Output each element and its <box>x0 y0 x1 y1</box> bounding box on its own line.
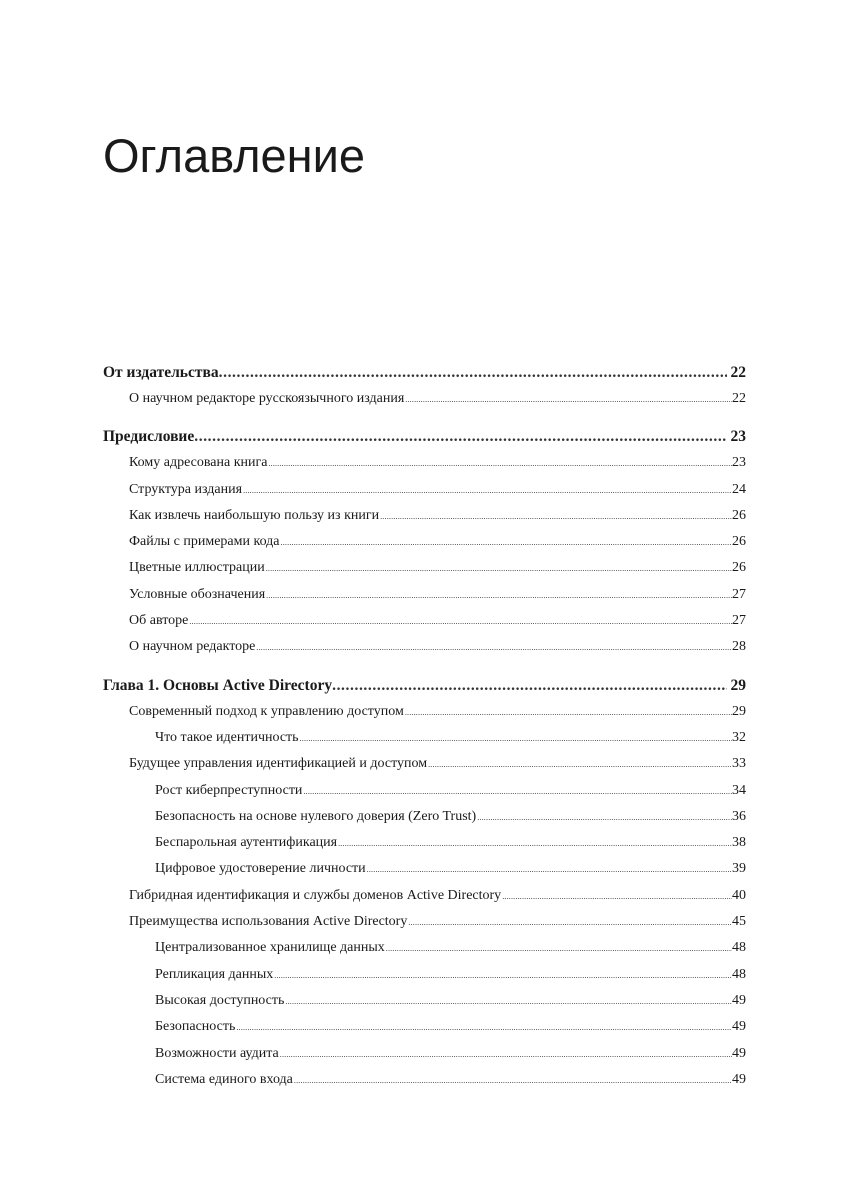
dot-leader <box>367 857 732 882</box>
toc-section-entry[interactable]: Будущее управления идентификацией и дост… <box>103 751 746 777</box>
toc-entry-page: 27 <box>732 582 746 608</box>
toc-entry-page: 48 <box>732 935 746 961</box>
dot-leader <box>303 779 732 804</box>
toc-subsection-entry[interactable]: Что такое идентичность 32 <box>103 725 746 751</box>
toc-entry-page: 24 <box>732 477 746 503</box>
toc-subsection-entry[interactable]: Рост киберпреступности 34 <box>103 778 746 804</box>
toc-subsection-entry[interactable]: Возможности аудита 49 <box>103 1041 746 1067</box>
toc-entry-title: Кому адресована книга <box>129 450 268 476</box>
toc-subsection-entry[interactable]: Централизованное хранилище данных 48 <box>103 935 746 961</box>
toc-entry-page: 26 <box>732 503 746 529</box>
toc-subsection-entry[interactable]: Репликация данных 48 <box>103 962 746 988</box>
toc-section-entry[interactable]: Об авторе 27 <box>103 608 746 634</box>
toc-entry-page: 49 <box>732 1041 746 1067</box>
dot-leader <box>256 635 732 660</box>
toc-entry-page: 29 <box>727 673 747 699</box>
toc-entry-title: Преимущества использования Active Direct… <box>129 909 408 935</box>
toc-section-entry[interactable]: Гибридная идентификация и службы доменов… <box>103 883 746 909</box>
toc-entry-page: 28 <box>732 634 746 660</box>
toc-entry-title: О научном редакторе русскоязычного издан… <box>129 386 405 412</box>
toc-entry-title: Что такое идентичность <box>155 725 300 751</box>
dot-leader <box>219 360 727 386</box>
toc-entry-page: 23 <box>727 424 747 450</box>
dot-leader <box>266 583 732 608</box>
toc-entry-title: Структура издания <box>129 477 243 503</box>
toc-section-entry[interactable]: Файлы с примерами кода 26 <box>103 529 746 555</box>
dot-leader <box>408 910 732 935</box>
table-of-contents: От издательства 22 О научном редакторе р… <box>103 360 746 1093</box>
toc-entry-title: Об авторе <box>129 608 189 634</box>
dot-leader <box>428 752 732 777</box>
toc-section-entry[interactable]: Структура издания 24 <box>103 477 746 503</box>
dot-leader <box>266 556 732 581</box>
toc-entry-page: 32 <box>732 725 746 751</box>
toc-chapter-entry[interactable]: Предисловие 23 <box>103 424 746 450</box>
dot-leader <box>280 1042 732 1067</box>
toc-entry-title: Цифровое удостоверение личности <box>155 856 367 882</box>
toc-entry-page: 38 <box>732 830 746 856</box>
toc-section-entry[interactable]: О научном редакторе 28 <box>103 634 746 660</box>
toc-subsection-entry[interactable]: Безопасность на основе нулевого доверия … <box>103 804 746 830</box>
toc-entry-page: 49 <box>732 1067 746 1093</box>
toc-entry-title: Безопасность на основе нулевого доверия … <box>155 804 477 830</box>
toc-entry-title: От издательства <box>103 360 219 386</box>
toc-entry-title: Цветные иллюстрации <box>129 555 266 581</box>
toc-entry-page: 39 <box>732 856 746 882</box>
toc-chapter-entry[interactable]: Глава 1. Основы Active Directory 29 <box>103 673 746 699</box>
dot-leader <box>294 1068 732 1093</box>
toc-entry-page: 49 <box>732 988 746 1014</box>
toc-section-entry[interactable]: Современный подход к управлению доступом… <box>103 699 746 725</box>
dot-leader <box>285 989 732 1014</box>
dot-leader <box>300 726 732 751</box>
toc-entry-title: Современный подход к управлению доступом <box>129 699 405 725</box>
page-title: Оглавление <box>103 126 365 186</box>
toc-entry-title: Высокая доступность <box>155 988 285 1014</box>
toc-entry-title: Файлы с примерами кода <box>129 529 281 555</box>
toc-entry-page: 33 <box>732 751 746 777</box>
dot-leader <box>502 884 732 909</box>
toc-subsection-entry[interactable]: Высокая доступность 49 <box>103 988 746 1014</box>
toc-entry-page: 26 <box>732 555 746 581</box>
toc-subsection-entry[interactable]: Цифровое удостоверение личности 39 <box>103 856 746 882</box>
dot-leader <box>477 805 732 830</box>
toc-subsection-entry[interactable]: Система единого входа 49 <box>103 1067 746 1093</box>
toc-entry-page: 26 <box>732 529 746 555</box>
toc-entry-title: Возможности аудита <box>155 1041 280 1067</box>
section-spacer <box>103 661 746 673</box>
dot-leader <box>332 673 726 699</box>
dot-leader <box>268 451 732 476</box>
toc-entry-title: Условные обозначения <box>129 582 266 608</box>
dot-leader <box>194 424 726 450</box>
toc-entry-page: 27 <box>732 608 746 634</box>
toc-entry-title: Предисловие <box>103 424 194 450</box>
toc-entry-page: 36 <box>732 804 746 830</box>
toc-entry-title: Репликация данных <box>155 962 274 988</box>
toc-entry-title: Беспарольная аутентификация <box>155 830 338 856</box>
toc-entry-title: Будущее управления идентификацией и дост… <box>129 751 428 777</box>
toc-entry-page: 34 <box>732 778 746 804</box>
dot-leader <box>380 504 732 529</box>
toc-subsection-entry[interactable]: Беспарольная аутентификация 38 <box>103 830 746 856</box>
toc-entry-title: Как извлечь наибольшую пользу из книги <box>129 503 380 529</box>
toc-entry-title: Система единого входа <box>155 1067 294 1093</box>
dot-leader <box>243 478 732 503</box>
dot-leader <box>281 530 732 555</box>
dot-leader <box>274 963 732 988</box>
dot-leader <box>405 700 732 725</box>
toc-entry-title: Централизованное хранилище данных <box>155 935 386 961</box>
dot-leader <box>189 609 732 634</box>
toc-section-entry[interactable]: Преимущества использования Active Direct… <box>103 909 746 935</box>
toc-section-entry[interactable]: Цветные иллюстрации 26 <box>103 555 746 581</box>
toc-entry-title: О научном редакторе <box>129 634 256 660</box>
toc-entry-title: Гибридная идентификация и службы доменов… <box>129 883 502 909</box>
dot-leader <box>236 1015 732 1040</box>
toc-entry-title: Глава 1. Основы Active Directory <box>103 673 332 699</box>
toc-entry-page: 22 <box>727 360 747 386</box>
toc-entry-page: 40 <box>732 883 746 909</box>
toc-section-entry[interactable]: О научном редакторе русскоязычного издан… <box>103 386 746 412</box>
toc-entry-page: 23 <box>732 450 746 476</box>
toc-chapter-entry[interactable]: От издательства 22 <box>103 360 746 386</box>
toc-section-entry[interactable]: Как извлечь наибольшую пользу из книги 2… <box>103 503 746 529</box>
toc-subsection-entry[interactable]: Безопасность 49 <box>103 1014 746 1040</box>
dot-leader <box>405 387 732 412</box>
toc-entry-page: 48 <box>732 962 746 988</box>
toc-entry-title: Рост киберпреступности <box>155 778 303 804</box>
dot-leader <box>338 831 732 856</box>
toc-entry-title: Безопасность <box>155 1014 236 1040</box>
toc-entry-page: 45 <box>732 909 746 935</box>
toc-section-entry[interactable]: Кому адресована книга 23 <box>103 450 746 476</box>
toc-entry-page: 29 <box>732 699 746 725</box>
section-spacer <box>103 412 746 424</box>
toc-entry-page: 49 <box>732 1014 746 1040</box>
toc-entry-page: 22 <box>732 386 746 412</box>
toc-section-entry[interactable]: Условные обозначения 27 <box>103 582 746 608</box>
dot-leader <box>386 936 732 961</box>
